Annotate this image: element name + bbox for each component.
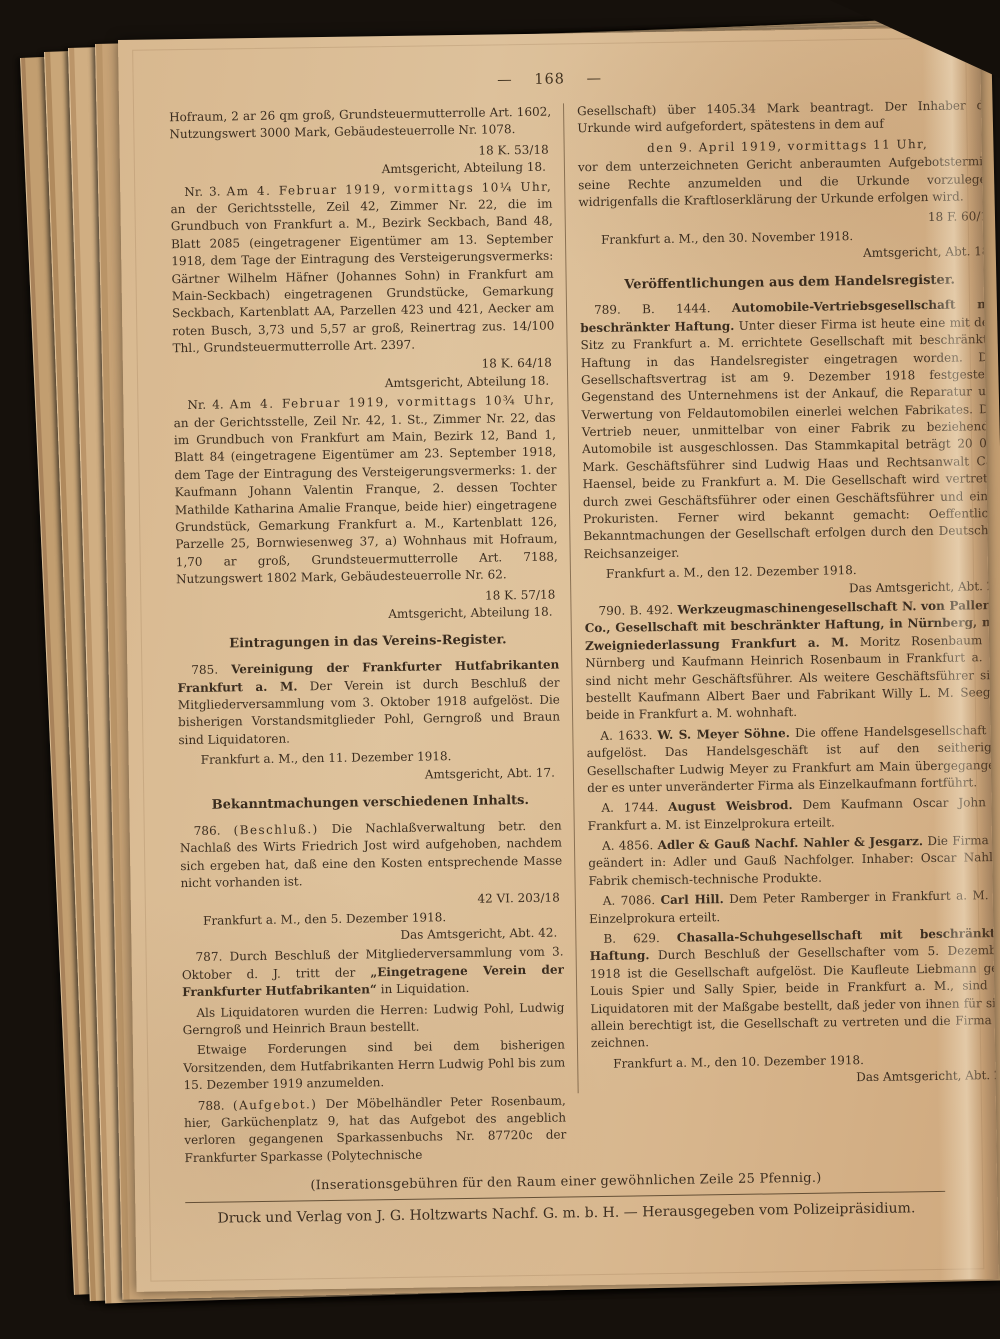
paragraph-790: 790. B. 492. Werkzeugmaschinengesellscha… — [584, 597, 998, 725]
paragraph-nr3: Nr. 3. Am 4. Februar 1919, vormittags 10… — [170, 178, 555, 358]
entry-text: an der Gerichtsstelle, Zeil Nr. 42, 1. S… — [174, 410, 558, 586]
section-heading-vereinsregister: Eintragungen in das Vereins-Register. — [177, 631, 559, 656]
paragraph-789: 789. B. 1444. Automobile-Vertriebsgesell… — [580, 296, 999, 563]
entry-title: Adler & Gauß Nachf. Nahler & Jesgarz. — [658, 834, 924, 852]
paragraph-787: 787. Durch Beschluß der Mitgliederversam… — [182, 944, 565, 1002]
column-layout: Hofraum, 2 ar 26 qm groß, Grundsteuermut… — [169, 98, 947, 1170]
emphasized-word: (Aufgebot.) — [233, 1097, 318, 1112]
newspaper-page: — 168 — Hofraum, 2 ar 26 qm groß, Grunds… — [118, 27, 998, 1292]
entry-number: 790. B. 492. — [598, 603, 673, 618]
emphasized-date: Am 4. Februar 1919, vormittags 10¾ Uhr, — [230, 393, 556, 412]
entry-number: A. 7086. — [603, 893, 655, 908]
entry-text: Unter dieser Firma ist heute eine mit de… — [580, 315, 998, 561]
paragraph-nr4: Nr. 4. Am 4. Februar 1919, vormittags 10… — [173, 392, 558, 589]
entry-text: in Liquidation. — [381, 981, 470, 996]
imprint-line: Druck und Verlag von J. G. Holtzwarts Na… — [185, 1200, 947, 1227]
entry-number: Nr. 4. — [187, 398, 223, 413]
paragraph-a1744: A. 1744. August Weisbrod. Dem Kaufmann O… — [587, 794, 998, 835]
paragraph-788-continuation-2: vor dem unterzeichneten Gericht anberaum… — [578, 153, 999, 211]
paragraph-786: 786. (Beschluß.) Die Nachlaßverwaltung b… — [180, 817, 563, 892]
emphasized-word: (Beschluß.) — [233, 822, 318, 837]
entry-number: A. 4856. — [602, 838, 653, 853]
paragraph-785: 785. Vereinigung der Frankfurter Hutfabr… — [177, 657, 560, 750]
paragraph-a1633: A. 1633. W. S. Meyer Söhne. Die offene H… — [586, 722, 998, 798]
entry-text: an der Gerichtsstelle, Zeil 42, Zimmer N… — [170, 197, 554, 356]
intro-text: Hofraum, 2 ar 26 qm groß, Grundsteuermut… — [169, 105, 551, 142]
left-column: Hofraum, 2 ar 26 qm groß, Grundsteuermut… — [169, 104, 567, 1171]
paragraph-787-forderungen: Etwaige Forderungen sind bei dem bisheri… — [183, 1037, 566, 1095]
emphasized-date: Am 4. Februar 1919, vormittags 10¼ Uhr, — [226, 179, 552, 198]
paragraph-a7086: A. 7086. Carl Hill. Dem Peter Ramberger … — [589, 887, 999, 928]
entry-title: Carl Hill. — [660, 892, 723, 907]
entry-number: 785. — [191, 663, 218, 677]
paragraph-b629: B. 629. Chasalla-Schuhgesellschaft mit b… — [589, 925, 998, 1053]
entry-number: B. 629. — [603, 931, 660, 946]
entry-number: A. 1633. — [600, 728, 652, 743]
entry-number: 789. B. 1444. — [594, 302, 711, 318]
section-heading-bekanntmachungen: Bekanntmachungen verschiedenen Inhalts. — [179, 791, 561, 816]
entry-number: A. 1744. — [601, 800, 658, 815]
entry-number: Nr. 3. — [184, 184, 220, 199]
page-footer: (Inserationsgebühren für den Raum einer … — [185, 1169, 948, 1227]
paragraph-intro: Hofraum, 2 ar 26 qm groß, Grundsteuermut… — [169, 104, 551, 144]
insertion-fee-note: (Inserationsgebühren für den Raum einer … — [185, 1169, 947, 1195]
paragraph-787-liquidatoren: Als Liquidatoren wurden die Herren: Ludw… — [182, 999, 564, 1039]
entry-title: W. S. Meyer Söhne. — [657, 726, 790, 742]
right-column: Gesellschaft) über 1405.34 Mark beantrag… — [563, 97, 998, 1093]
paragraph-788-continuation: Gesellschaft) über 1405.34 Mark beantrag… — [577, 97, 997, 138]
paragraph-a4856: A. 4856. Adler & Gauß Nachf. Nahler & Je… — [588, 832, 999, 890]
page-number: — 168 — — [169, 66, 931, 93]
entry-number: 786. — [194, 823, 221, 837]
entry-number: 788. — [198, 1098, 225, 1112]
entry-text: Durch Beschluß der Gesellschafter vom 5.… — [590, 943, 999, 1050]
section-heading-handelsregister: Veröffentlichungen aus dem Handelsregist… — [580, 270, 999, 295]
paragraph-788: 788. (Aufgebot.) Der Möbelhändler Peter … — [184, 1092, 567, 1167]
entry-title: August Weisbrod. — [668, 798, 793, 814]
page-content: — 168 — Hofraum, 2 ar 26 qm groß, Grunds… — [118, 28, 948, 1228]
